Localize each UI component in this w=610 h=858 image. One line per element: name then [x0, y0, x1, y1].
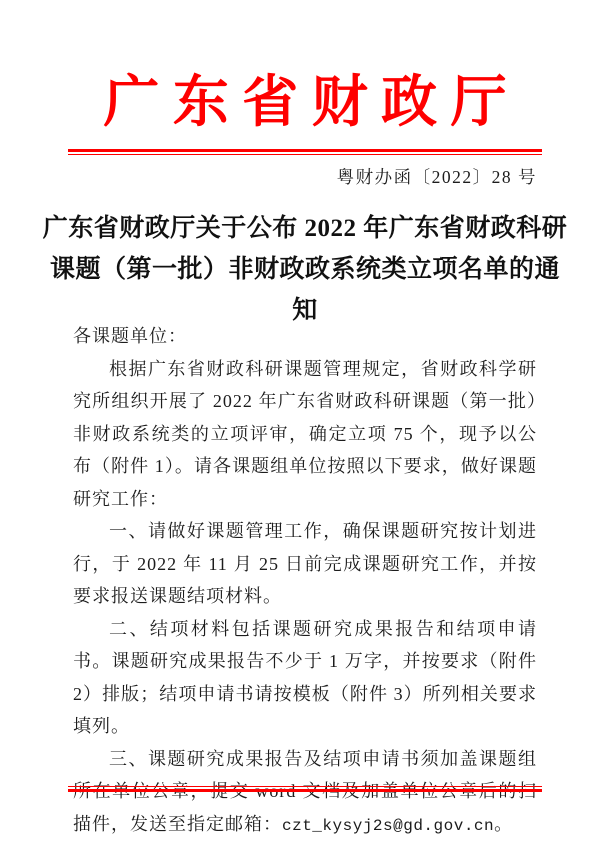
- body-paragraph-1: 根据广东省财政科研课题管理规定，省财政科学研究所组织开展了 2022 年广东省财…: [73, 353, 537, 516]
- document-number: 粤财办函〔2022〕28 号: [337, 164, 537, 189]
- document-title: 广东省财政厅关于公布 2022 年广东省财政科研 课题（第一批）非财政政系统类立…: [40, 208, 570, 331]
- red-divider-top: [68, 149, 542, 155]
- body-paragraph-4: 三、课题研究成果报告及结项申请书须加盖课题组所在单位公章，提交 word 文档及…: [73, 743, 537, 843]
- email-address: czt_kysyj2s@gd.gov.cn: [282, 817, 494, 835]
- document-page: 广东省财政厅 粤财办函〔2022〕28 号 广东省财政厅关于公布 2022 年广…: [0, 0, 610, 858]
- title-line-2: 课题（第一批）非财政政系统类立项名单的通知: [40, 249, 570, 331]
- title-line-1: 广东省财政厅关于公布 2022 年广东省财政科研: [40, 208, 570, 249]
- red-divider-bottom: [68, 786, 542, 792]
- body-paragraph-2: 一、请做好课题管理工作，确保课题研究按计划进行，于 2022 年 11 月 25…: [73, 515, 537, 613]
- document-body: 各课题单位： 根据广东省财政科研课题管理规定，省财政科学研究所组织开展了 202…: [73, 320, 537, 842]
- body-paragraph-3: 二、结项材料包括课题研究成果报告和结项申请书。课题研究成果报告不少于 1 万字，…: [73, 613, 537, 743]
- body-paragraph-4-closing: 。: [494, 814, 513, 834]
- agency-letterhead: 广东省财政厅: [0, 70, 610, 136]
- salutation: 各课题单位：: [73, 320, 537, 353]
